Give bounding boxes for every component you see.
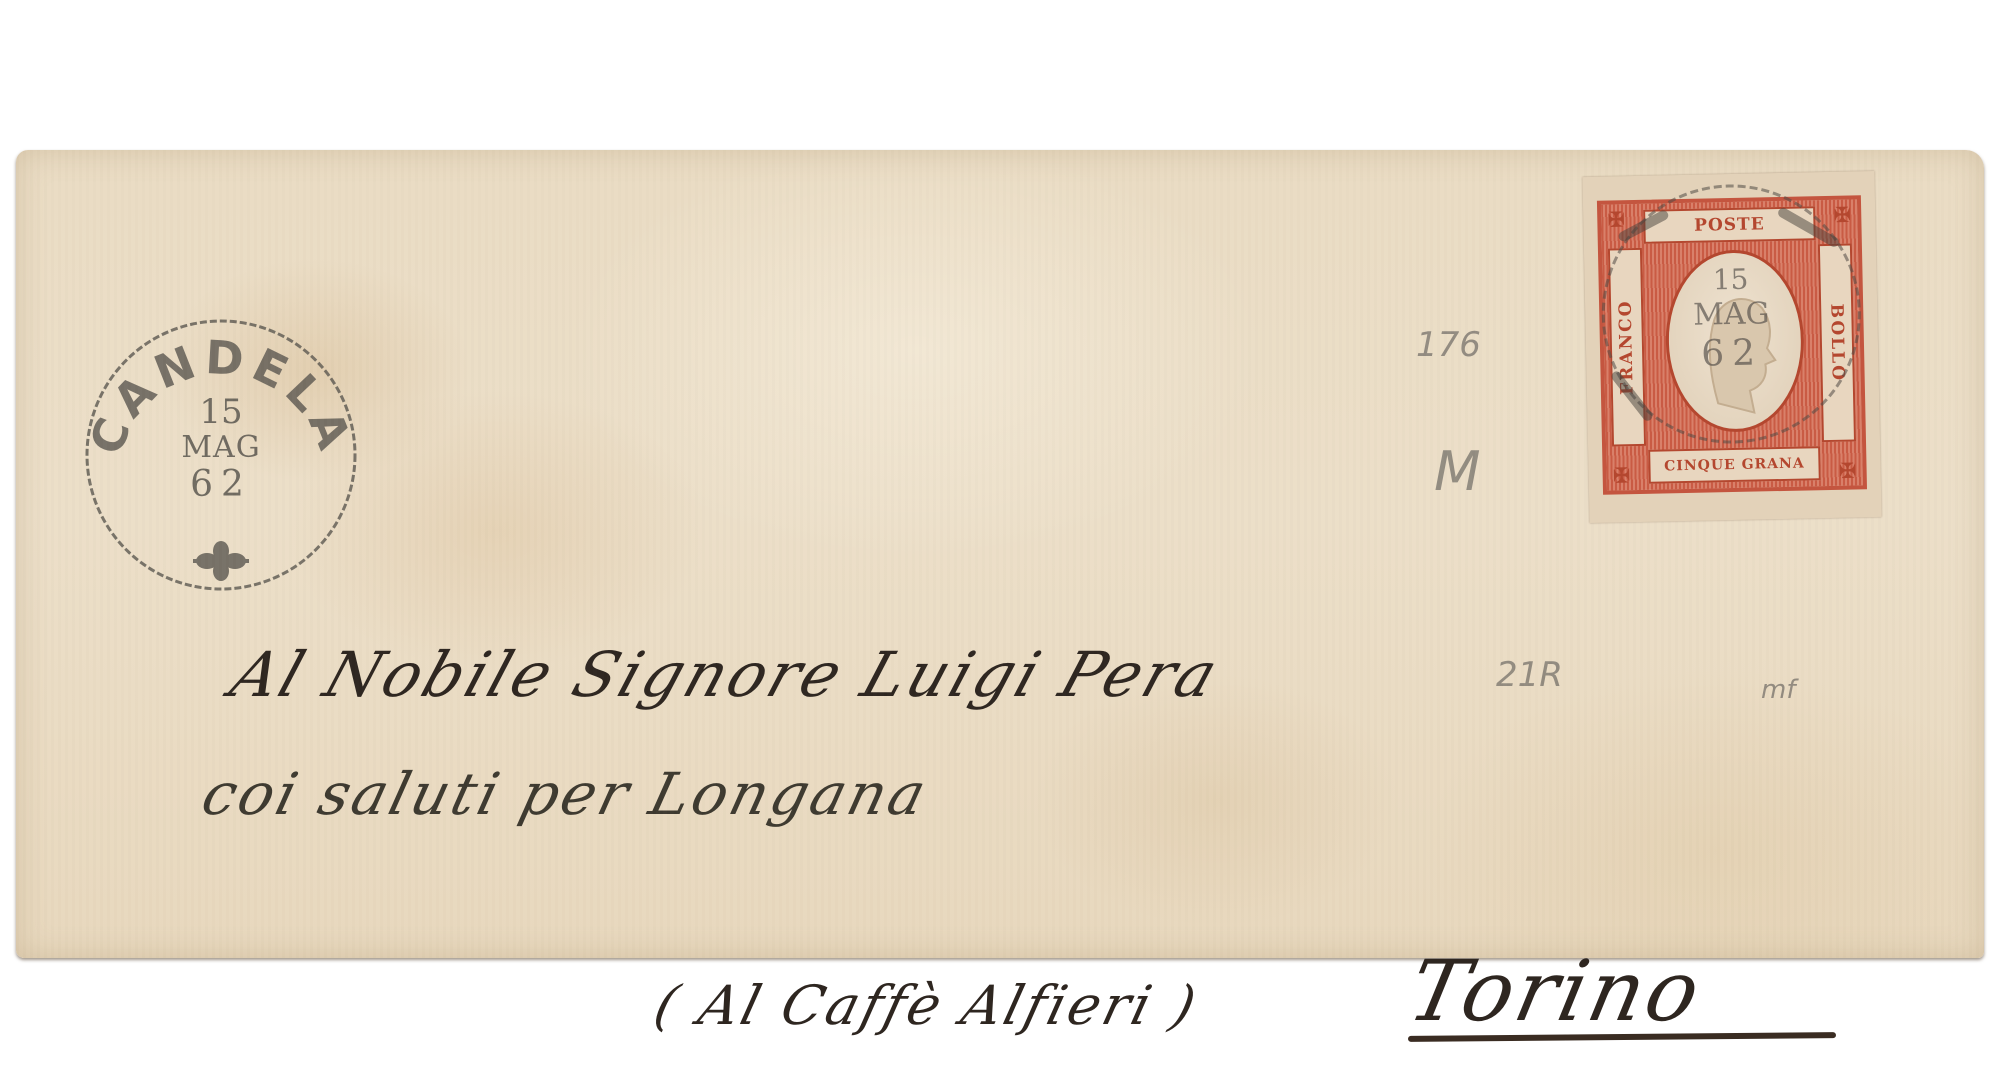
stamp-corner-cross-icon: ✠ bbox=[1610, 464, 1632, 486]
stamp-bottom-label: CINQUE GRANA bbox=[1648, 446, 1821, 484]
postmark-day: 15 bbox=[81, 395, 361, 429]
stamp-portrait-oval bbox=[1664, 249, 1806, 434]
address-line-greeting: coi saluti per Longana bbox=[196, 760, 936, 828]
stamp-right-panel: BOLLO bbox=[1818, 243, 1856, 442]
stamp-frame: ✠ ✠ ✠ ✠ POSTE FRANCO BOLLO CINQUE GRANA bbox=[1597, 195, 1867, 494]
stamp-right-label: BOLLO bbox=[1826, 303, 1848, 382]
flower-ornament-icon bbox=[193, 541, 249, 581]
candela-postmark: CANDELA 15 MAG 62 bbox=[81, 315, 361, 595]
stamp-left-panel: FRANCO bbox=[1608, 248, 1646, 447]
address-line-venue: ( Al Caffè Alfieri ) bbox=[648, 974, 1205, 1037]
stamp-corner-cross-icon: ✠ bbox=[1605, 208, 1627, 230]
stamp-corner-cross-icon: ✠ bbox=[1831, 203, 1853, 225]
portrait-head-icon bbox=[1667, 252, 1803, 431]
pencil-note-176: 176 bbox=[1416, 325, 1481, 365]
stamp-corner-cross-icon: ✠ bbox=[1836, 459, 1858, 481]
postage-stamp: ✠ ✠ ✠ ✠ POSTE FRANCO BOLLO CINQUE GRANA … bbox=[1582, 171, 1881, 523]
postmark-year: 62 bbox=[81, 467, 361, 503]
address-city: Torino bbox=[1401, 942, 1712, 1040]
stamp-left-label: FRANCO bbox=[1616, 299, 1638, 395]
pencil-note-21r: 21R bbox=[1496, 655, 1563, 695]
pencil-note-mf: mf bbox=[1761, 675, 1795, 705]
stamp-top-label: POSTE bbox=[1643, 206, 1816, 244]
postmark-month: MAG bbox=[81, 433, 361, 463]
pencil-note-m: M bbox=[1434, 440, 1481, 503]
address-line-recipient: Al Nobile Signore Luigi Pera bbox=[222, 638, 1229, 711]
